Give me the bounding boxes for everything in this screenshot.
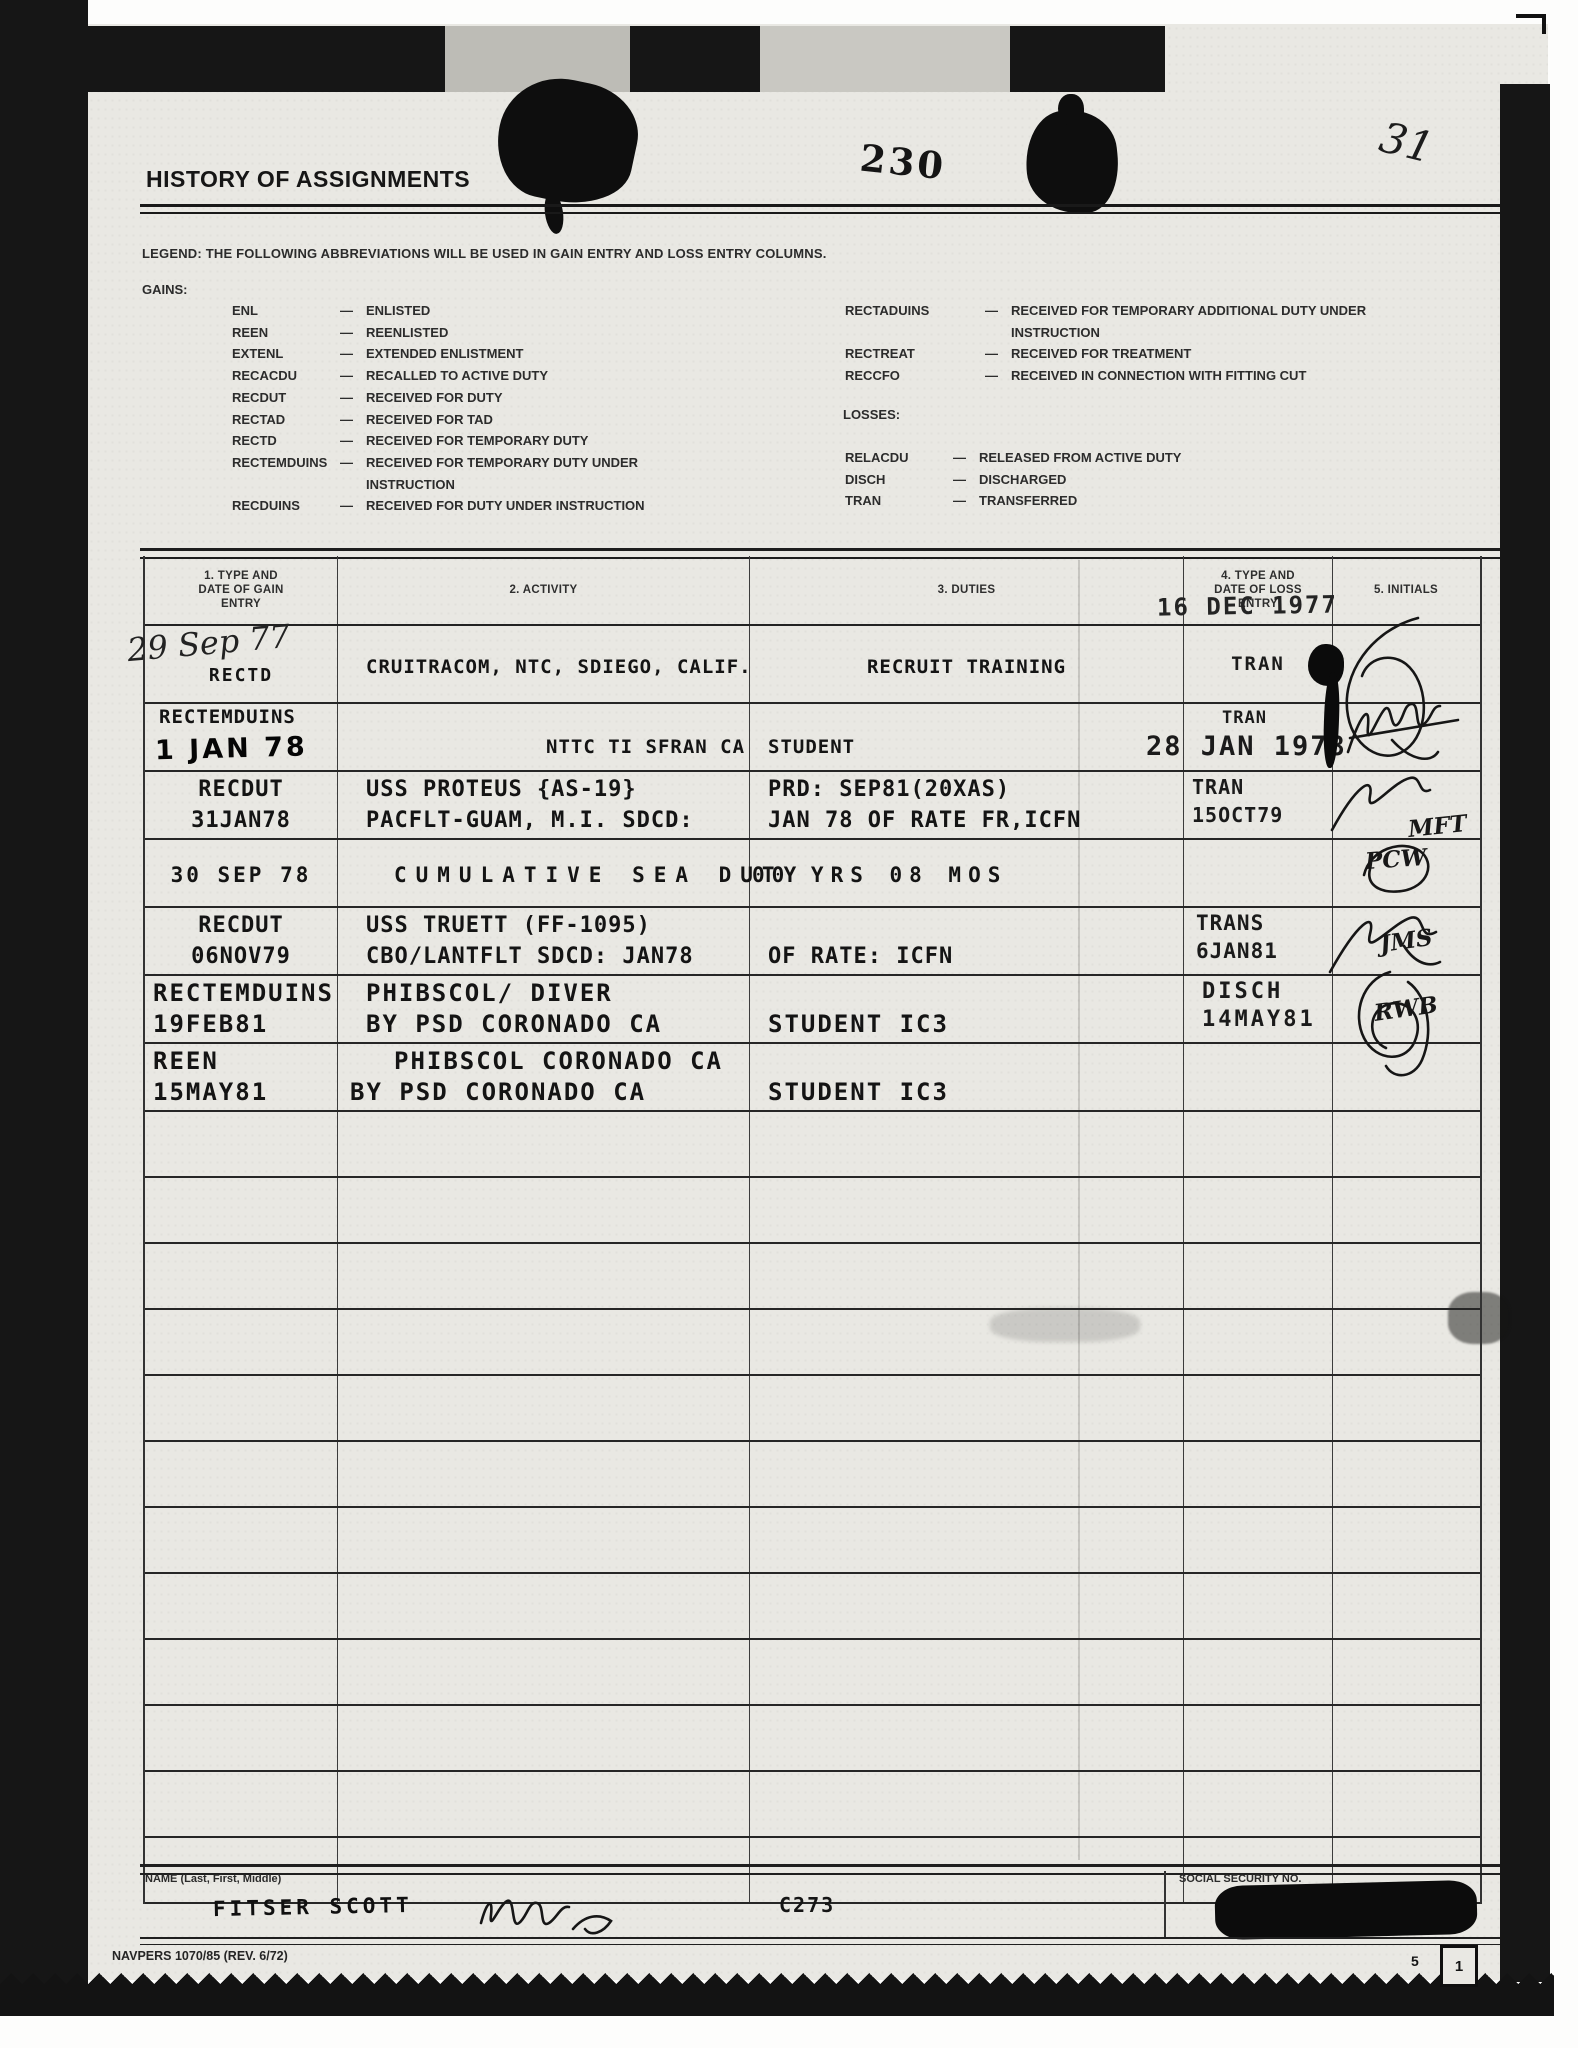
legend-gain-item: RECCFO—RECEIVED IN CONNECTION WITH FITTI…: [845, 365, 1435, 387]
activity-line: BY PSD CORONADO CA: [338, 1011, 749, 1038]
legend-dash: —: [340, 300, 366, 322]
legend-meaning: TRANSFERRED: [979, 490, 1327, 512]
table-row-empty: [145, 1772, 1480, 1838]
document-title: HISTORY OF ASSIGNMENTS: [146, 166, 470, 193]
empty-cell: [1184, 1178, 1333, 1242]
activity-line: USS TRUETT (FF-1095): [338, 912, 749, 939]
table-row-empty: [145, 1574, 1480, 1640]
empty-cell: [1333, 1772, 1479, 1836]
table-row-empty: [145, 1244, 1480, 1310]
page-number: 5: [1411, 1953, 1419, 1969]
activity-line: PACFLT-GUAM, M.I. SDCD:: [338, 807, 749, 834]
empty-cell: [1333, 1706, 1479, 1770]
handwritten-initials-scribble: [1322, 768, 1442, 843]
activity-line: BY PSD CORONADO CA: [338, 1079, 749, 1106]
duties-line: STUDENT IC3: [750, 1011, 1183, 1038]
empty-cell: [338, 1772, 750, 1836]
name-field-value: FITSER SCOTT: [213, 1893, 413, 1921]
empty-cell: [1333, 1640, 1479, 1704]
legend-dash: —: [340, 365, 366, 387]
empty-cell: [1333, 1376, 1479, 1440]
duties-cell: STUDENT IC3: [750, 1044, 1184, 1110]
empty-cell: [338, 1706, 750, 1770]
legend-abbr: ENL: [232, 300, 340, 322]
empty-cell: [1333, 1178, 1479, 1242]
empty-cell: [750, 1178, 1184, 1242]
empty-cell: [750, 1772, 1184, 1836]
table-row-empty: [145, 1640, 1480, 1706]
legend-dash: —: [340, 409, 366, 431]
empty-cell: [338, 1178, 750, 1242]
duties-line: STUDENT IC3: [750, 1079, 1183, 1106]
legend-gains-list: ENL—ENLISTEDREEN—REENLISTEDEXTENL—EXTEND…: [232, 300, 742, 517]
empty-cell: [1333, 1112, 1479, 1176]
empty-cell: [338, 1376, 750, 1440]
scan-tape-gap: [760, 26, 1010, 92]
loss-entry-line: TRAN: [1222, 706, 1332, 731]
empty-cell: [145, 1772, 338, 1836]
gain-entry-line: 15MAY81: [145, 1079, 337, 1106]
empty-cell: [145, 1574, 338, 1638]
table-row-empty: [145, 1376, 1480, 1442]
legend-gain-item: RECTREAT—RECEIVED FOR TREATMENT: [845, 343, 1435, 365]
loss-entry-cell: TRAN28 JAN 1978: [1184, 704, 1333, 770]
empty-cell: [338, 1574, 750, 1638]
empty-cell: [145, 1178, 338, 1242]
empty-cell: [1184, 1706, 1333, 1770]
activity-line: CBO/LANTFLT SDCD: JAN78: [338, 943, 749, 970]
legend-gains-list-right: RECTADUINS—RECEIVED FOR TEMPORARY ADDITI…: [845, 300, 1435, 387]
activity-cell: CRUITRACOM, NTC, SDIEGO, CALIF.: [338, 626, 750, 702]
loss-entry-line: 28 JAN 1978: [1146, 734, 1332, 759]
legend-gain-item: RECDUINS—RECEIVED FOR DUTY UNDER INSTRUC…: [232, 495, 742, 517]
legend-dash: —: [340, 495, 366, 517]
losses-section-label: LOSSES:: [843, 407, 900, 422]
legend-meaning: ENLISTED: [366, 300, 714, 322]
legend-heading: LEGEND: THE FOLLOWING ABBREVIATIONS WILL…: [142, 246, 827, 261]
legend-abbr: RELACDU: [845, 447, 953, 469]
table-row-empty: [145, 1112, 1480, 1178]
gain-entry-line: RECDUT: [145, 776, 337, 803]
empty-cell: [1333, 1508, 1479, 1572]
activity-cell: PHIBSCOL/ DIVERBY PSD CORONADO CA: [338, 976, 750, 1042]
table-row: REEN15MAY81PHIBSCOL CORONADO CABY PSD CO…: [145, 1044, 1480, 1112]
table-body: 29 Sep 77RECTDCRUITRACOM, NTC, SDIEGO, C…: [145, 626, 1480, 1904]
assignments-table: 1. TYPE AND DATE OF GAIN ENTRY2. ACTIVIT…: [143, 556, 1482, 1904]
gain-entry-line: RECDUT: [145, 912, 337, 939]
empty-cell: [145, 1442, 338, 1506]
empty-cell: [338, 1442, 750, 1506]
legend-dash: —: [985, 365, 1011, 387]
gain-entry-cell: 30 SEP 78: [145, 840, 338, 906]
table-row: RECTEMDUINS19FEB81PHIBSCOL/ DIVERBY PSD …: [145, 976, 1480, 1044]
form-number: NAVPERS 1070/85 (REV. 6/72): [112, 1949, 288, 1963]
empty-cell: [1184, 1442, 1333, 1506]
table-row: RECDUT31JAN78USS PROTEUS {AS-19}PACFLT-G…: [145, 772, 1480, 840]
gain-entry-line: 30 SEP 78: [145, 862, 337, 889]
empty-cell: [145, 1310, 338, 1374]
empty-cell: [1184, 1574, 1333, 1638]
gain-entry-cell: RECTEMDUINS1 JAN 78: [145, 704, 338, 770]
legend-dash: —: [985, 343, 1011, 365]
loss-entry-line: DISCH: [1202, 979, 1332, 1004]
empty-cell: [338, 1244, 750, 1308]
empty-cell: [750, 1508, 1184, 1572]
loss-entry-cell: [1184, 840, 1333, 906]
table-row-empty: [145, 1442, 1480, 1508]
duties-cell: RECRUIT TRAINING: [750, 626, 1184, 702]
empty-cell: [750, 1112, 1184, 1176]
legend-abbr: REEN: [232, 322, 340, 344]
empty-cell: [1184, 1508, 1333, 1572]
duties-line: [750, 912, 1183, 939]
legend-meaning: EXTENDED ENLISTMENT: [366, 343, 714, 365]
loss-entry-line: 15OCT79: [1192, 803, 1332, 828]
scanned-document-page: 230 31 HISTORY OF ASSIGNMENTS LEGEND: TH…: [0, 0, 1578, 2048]
legend-abbr: DISCH: [845, 469, 953, 491]
column-header-text: 2. ACTIVITY: [509, 583, 577, 597]
empty-cell: [1333, 1310, 1479, 1374]
duties-line: JAN 78 OF RATE FR,ICFN: [750, 807, 1183, 834]
gain-entry-line: RECTD: [145, 662, 337, 689]
empty-cell: [1184, 1376, 1333, 1440]
legend-abbr: TRAN: [845, 490, 953, 512]
empty-cell: [1184, 1244, 1333, 1308]
name-field-label: NAME (Last, First, Middle): [145, 1873, 281, 1885]
footer-bottom-rule: [140, 1937, 1500, 1945]
empty-cell: [750, 1442, 1184, 1506]
page-number-box: 1: [1440, 1945, 1478, 1987]
legend-loss-item: TRAN—TRANSFERRED: [845, 490, 1355, 512]
legend-meaning: RECEIVED FOR TEMPORARY DUTY: [366, 430, 714, 452]
empty-cell: [750, 1310, 1184, 1374]
loss-entry-cell: DISCH14MAY81: [1184, 976, 1333, 1042]
gain-entry-line: RECTEMDUINS: [145, 980, 337, 1007]
legend-gain-item: RECTEMDUINS—RECEIVED FOR TEMPORARY DUTY …: [232, 452, 742, 495]
duties-line: RECRUIT TRAINING: [750, 654, 1183, 681]
gain-entry-cell: RECDUT31JAN78: [145, 772, 338, 838]
scan-border-top: [630, 26, 760, 92]
legend-gain-item: RECTAD—RECEIVED FOR TAD: [232, 409, 742, 431]
legend-gain-item: EXTENL—EXTENDED ENLISTMENT: [232, 343, 742, 365]
duties-line: PRD: SEP81(20XAS): [750, 776, 1183, 803]
legend-abbr: RECTADUINS: [845, 300, 985, 343]
gain-entry-cell: RECDUT06NOV79: [145, 908, 338, 974]
legend-dash: —: [985, 300, 1011, 343]
legend-dash: —: [340, 430, 366, 452]
loss-entry-line: TRAN: [1192, 775, 1332, 800]
empty-cell: [338, 1112, 750, 1176]
empty-cell: [1333, 1244, 1479, 1308]
loss-entry-cell: TRAN15OCT79: [1184, 772, 1333, 838]
gain-entry-line: 06NOV79: [145, 943, 337, 970]
ssn-field-label: SOCIAL SECURITY NO.: [1179, 1873, 1301, 1885]
empty-cell: [338, 1640, 750, 1704]
column-header: 2. ACTIVITY: [338, 556, 750, 624]
legend-meaning: RECEIVED FOR TEMPORARY ADDITIONAL DUTY U…: [1011, 300, 1411, 343]
ssn-redaction-mark: [1214, 1880, 1477, 1940]
legend-dash: —: [953, 490, 979, 512]
ink-blot: [1058, 94, 1084, 126]
activity-cell: USS PROTEUS {AS-19}PACFLT-GUAM, M.I. SDC…: [338, 772, 750, 838]
table-row: 30 SEP 78CUMULATIVE SEA DUTY00 YRS 08 MO…: [145, 840, 1480, 908]
empty-cell: [145, 1244, 338, 1308]
loss-entry-line: 14MAY81: [1202, 1007, 1332, 1032]
empty-cell: [750, 1640, 1184, 1704]
gain-entry-line: RECTEMDUINS: [145, 704, 337, 731]
handwritten-initials-scribble: [1340, 835, 1440, 897]
empty-cell: [145, 1112, 338, 1176]
loss-entry-date-stamp: 16 DEC 1977: [1157, 590, 1338, 621]
legend-loss-item: DISCH—DISCHARGED: [845, 469, 1355, 491]
loss-entry-cell: [1184, 1044, 1333, 1110]
footer-divider: [1164, 1871, 1166, 1937]
loss-entry-cell: TRANS6JAN81: [1184, 908, 1333, 974]
legend-gain-item: ENL—ENLISTED: [232, 300, 742, 322]
duties-cell: STUDENT IC3: [750, 976, 1184, 1042]
legend-meaning: RECEIVED IN CONNECTION WITH FITTING CUT: [1011, 365, 1411, 387]
empty-cell: [1333, 1442, 1479, 1506]
activity-cell: USS TRUETT (FF-1095)CBO/LANTFLT SDCD: JA…: [338, 908, 750, 974]
empty-cell: [145, 1508, 338, 1572]
legend-abbr: RECDUINS: [232, 495, 340, 517]
handwritten-gain-date: 1 JAN 78: [155, 731, 338, 767]
empty-cell: [145, 1640, 338, 1704]
page-stamp-number: 230: [858, 136, 948, 189]
table-row-empty: [145, 1178, 1480, 1244]
loss-entry-line: TRANS: [1196, 911, 1332, 936]
table-row: RECDUT06NOV79USS TRUETT (FF-1095)CBO/LAN…: [145, 908, 1480, 976]
legend-meaning: DISCHARGED: [979, 469, 1327, 491]
empty-cell: [1184, 1310, 1333, 1374]
duties-line: OF RATE: ICFN: [750, 943, 1183, 970]
empty-cell: [750, 1244, 1184, 1308]
handwritten-initials-scribble: [1338, 962, 1443, 1082]
empty-cell: [750, 1574, 1184, 1638]
scan-border-right: [1500, 84, 1550, 1982]
empty-cell: [1184, 1772, 1333, 1836]
empty-cell: [750, 1376, 1184, 1440]
legend-abbr: RECACDU: [232, 365, 340, 387]
duties-cell: 00 YRS 08 MOS: [750, 840, 1184, 906]
legend-gain-item: RECDUT—RECEIVED FOR DUTY: [232, 387, 742, 409]
legend-abbr: RECTAD: [232, 409, 340, 431]
legend-gain-item: RECACDU—RECALLED TO ACTIVE DUTY: [232, 365, 742, 387]
activity-line: CRUITRACOM, NTC, SDIEGO, CALIF.: [338, 654, 749, 681]
activity-cell: NTTC TI SFRAN CA: [338, 704, 750, 770]
activity-line: USS PROTEUS {AS-19}: [338, 776, 749, 803]
handwritten-initials-scribble: [1340, 692, 1465, 767]
legend-gain-item: RECTD—RECEIVED FOR TEMPORARY DUTY: [232, 430, 742, 452]
footer-band: NAME (Last, First, Middle) FITSER SCOTT …: [143, 1871, 1497, 1937]
empty-cell: [750, 1706, 1184, 1770]
legend-dash: —: [953, 447, 979, 469]
scan-border-left: [0, 0, 88, 2016]
legend-dash: —: [340, 343, 366, 365]
duties-cell: OF RATE: ICFN: [750, 908, 1184, 974]
handwritten-signature: [473, 1885, 623, 1945]
duties-line: STUDENT: [750, 734, 1183, 761]
gain-entry-line: 31JAN78: [145, 807, 337, 834]
activity-cell: CUMULATIVE SEA DUTY: [338, 840, 750, 906]
table-row: 29 Sep 77RECTDCRUITRACOM, NTC, SDIEGO, C…: [145, 626, 1480, 704]
legend-abbr: RECTREAT: [845, 343, 985, 365]
legend-abbr: EXTENL: [232, 343, 340, 365]
legend-dash: —: [340, 322, 366, 344]
legend-dash: —: [340, 452, 366, 495]
gains-section-label: GAINS:: [142, 282, 188, 297]
scan-border-top: [1010, 26, 1165, 92]
table-row-empty: [145, 1310, 1480, 1376]
table-row-empty: [145, 1706, 1480, 1772]
legend-meaning: RELEASED FROM ACTIVE DUTY: [979, 447, 1327, 469]
duties-cell: PRD: SEP81(20XAS)JAN 78 OF RATE FR,ICFN: [750, 772, 1184, 838]
duties-line: [750, 980, 1183, 1007]
column-header-text: 1. TYPE AND DATE OF GAIN ENTRY: [191, 569, 291, 611]
column-header-text: 3. DUTIES: [938, 583, 996, 597]
legend-meaning: RECEIVED FOR DUTY: [366, 387, 714, 409]
legend-meaning: RECEIVED FOR DUTY UNDER INSTRUCTION: [366, 495, 714, 517]
activity-line: CUMULATIVE SEA DUTY: [338, 862, 749, 889]
gain-entry-cell: RECTEMDUINS19FEB81: [145, 976, 338, 1042]
empty-cell: [338, 1310, 750, 1374]
table-row-empty: [145, 1508, 1480, 1574]
empty-cell: [1333, 1574, 1479, 1638]
pen-mark: [1516, 14, 1546, 34]
scan-border-top: [88, 26, 445, 92]
legend-dash: —: [340, 387, 366, 409]
legend-abbr: RECTEMDUINS: [232, 452, 340, 495]
column-header: 3. DUTIES: [750, 556, 1184, 624]
legend-gain-item: REEN—REENLISTED: [232, 322, 742, 344]
legend-abbr: RECTD: [232, 430, 340, 452]
duties-line: 00 YRS 08 MOS: [750, 862, 1183, 889]
legend-meaning: RECEIVED FOR TREATMENT: [1011, 343, 1411, 365]
duties-cell: STUDENT: [750, 704, 1184, 770]
gain-entry-line: REEN: [145, 1048, 337, 1075]
empty-cell: [1184, 1640, 1333, 1704]
column-header-text: 5. INITIALS: [1374, 583, 1438, 597]
title-rule: [140, 204, 1500, 214]
gain-entry-cell: REEN15MAY81: [145, 1044, 338, 1110]
activity-line: PHIBSCOL/ DIVER: [338, 980, 749, 1007]
duties-line: [750, 1048, 1183, 1075]
loss-entry-line: 6JAN81: [1196, 939, 1332, 964]
gain-entry-cell: 29 Sep 77RECTD: [145, 626, 338, 702]
legend-abbr: RECDUT: [232, 387, 340, 409]
gain-entry-line: 19FEB81: [145, 1011, 337, 1038]
column-header: 1. TYPE AND DATE OF GAIN ENTRY: [145, 556, 338, 624]
legend-losses-list: RELACDU—RELEASED FROM ACTIVE DUTYDISCH—D…: [845, 447, 1355, 512]
empty-cell: [1184, 1112, 1333, 1176]
legend-meaning: RECEIVED FOR TAD: [366, 409, 714, 431]
empty-cell: [145, 1706, 338, 1770]
empty-cell: [145, 1376, 338, 1440]
legend-gain-item: RECTADUINS—RECEIVED FOR TEMPORARY ADDITI…: [845, 300, 1435, 343]
empty-cell: [338, 1508, 750, 1572]
center-code: C273: [779, 1893, 835, 1917]
legend-dash: —: [953, 469, 979, 491]
scan-border-bottom-serrated: [0, 1984, 1554, 2016]
activity-line: PHIBSCOL CORONADO CA: [338, 1048, 749, 1075]
legend-meaning: RECEIVED FOR TEMPORARY DUTY UNDER INSTRU…: [366, 452, 714, 495]
legend-meaning: REENLISTED: [366, 322, 714, 344]
activity-line: NTTC TI SFRAN CA: [338, 734, 749, 761]
legend-loss-item: RELACDU—RELEASED FROM ACTIVE DUTY: [845, 447, 1355, 469]
legend-abbr: RECCFO: [845, 365, 985, 387]
legend-meaning: RECALLED TO ACTIVE DUTY: [366, 365, 714, 387]
table-row: RECTEMDUINS1 JAN 78NTTC TI SFRAN CASTUDE…: [145, 704, 1480, 772]
activity-cell: PHIBSCOL CORONADO CABY PSD CORONADO CA: [338, 1044, 750, 1110]
